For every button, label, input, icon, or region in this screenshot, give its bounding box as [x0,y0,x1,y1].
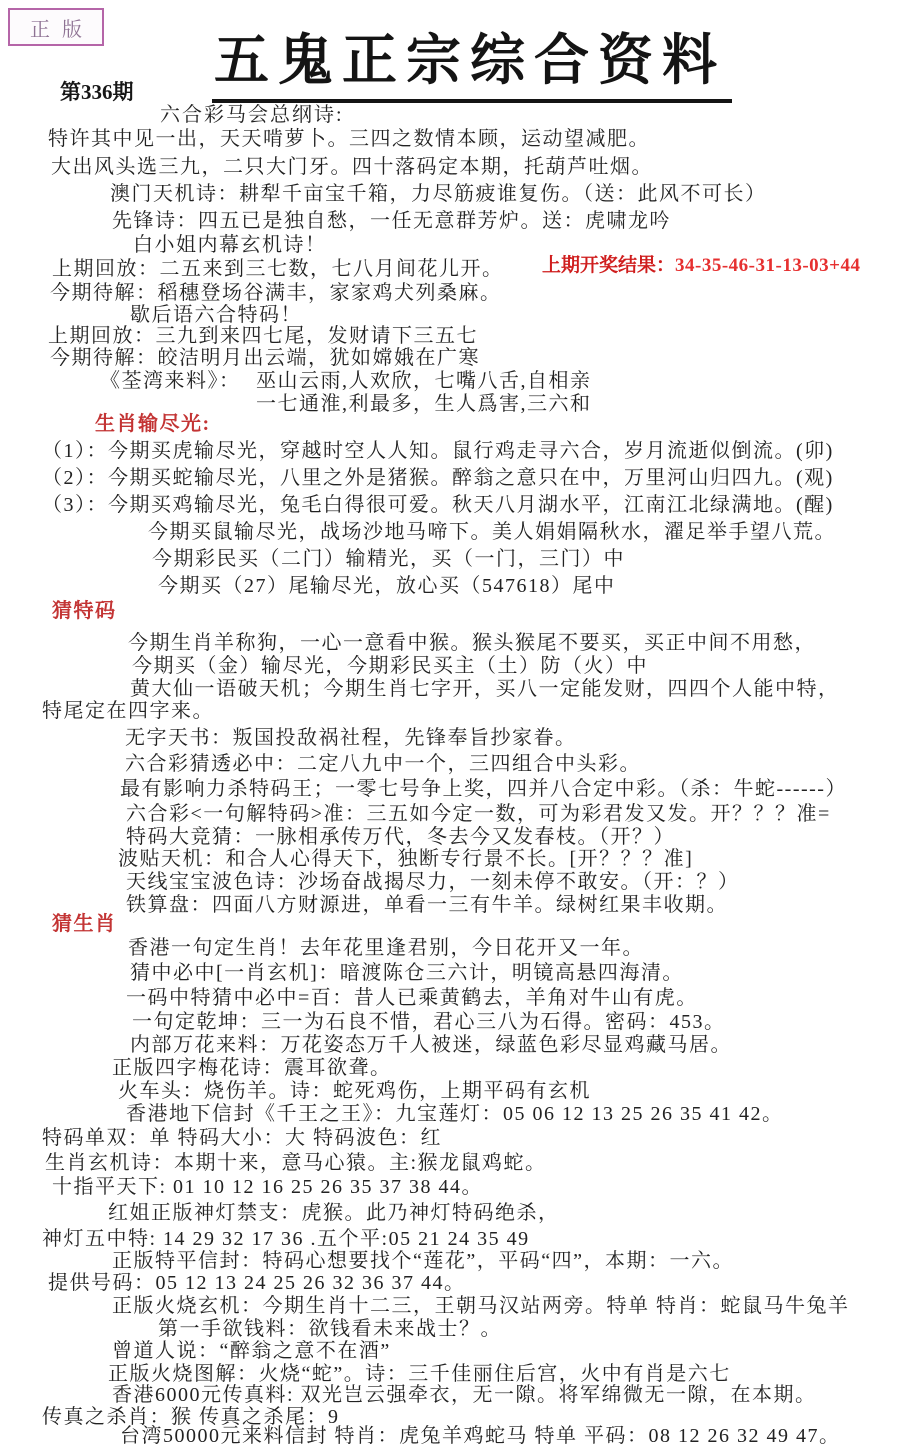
text-line: 十指平天下: 01 10 12 16 25 26 35 37 38 44。 [52,1176,483,1198]
last-draw-result: 上期开奖结果：34-35-46-31-13-03+44 [542,250,860,277]
text-line: 歇后语六合特码！ [130,304,302,326]
section-heading: 猜特码 [52,600,117,622]
page-title: 五鬼正宗综合资料 [212,16,732,103]
text-line: 正版四字梅花诗：震耳欲聋。 [112,1057,392,1079]
text-line: 澳门天机诗：耕犁千亩宝千箱，力尽筋疲谁复伤。（送：此风不可长） [110,183,767,205]
text-line: 上期回放：三九到来四七尾，发财请下三五七 [48,325,478,347]
text-line: 巫山云雨,人欢欣，七嘴八舌,自相亲 [256,370,592,392]
authentic-badge: 正版 [8,8,104,46]
text-line: 香港地下信封《千王之王》：九宝莲灯：05 06 12 13 25 26 35 4… [126,1103,784,1125]
text-line: 今期待解：稻穗登场谷满丰，家家鸡犬列桑麻。 [50,282,502,304]
authentic-badge-label: 正版 [18,13,94,42]
text-line: 白小姐内幕玄机诗！ [133,234,327,256]
section-heading: 猜生肖 [52,913,117,935]
text-line: 正版火烧图解：火烧“蛇”。诗：三千佳丽住后宫，火中有肖是六七 [108,1363,731,1385]
text-line: 正版特平信封：特码心想要找个“莲花”，平码“四”，本期：一六。 [112,1250,734,1272]
last-draw-result-numbers: 34-35-46-31-13-03+44 [675,255,860,276]
text-line: （2）：今期买蛇输尽光，八里之外是猪猴。醉翁之意只在中，万里河山归四九。(观) [42,467,834,489]
text-line: 一码中特猜中必中=百：昔人已乘黄鹤去，羊角对牛山有虎。 [126,987,698,1009]
text-line: 上期回放：二五来到三七数，七八月间花儿开。 [52,258,504,280]
text-line: 提供号码：05 12 13 24 25 26 32 36 37 44。 [48,1272,466,1294]
issue-number: 第336期 [60,76,134,106]
text-line: （1）：今期买虎输尽光，穿越时空人人知。鼠行鸡走寻六合，岁月流逝似倒流。(卯) [42,440,834,462]
text-line: 生肖玄机诗：本期十来，意马心猿。主:猴龙鼠鸡蛇。 [45,1152,547,1174]
text-line: 最有影响力杀特码王；一零七号争上奖，四并八合定中彩。（杀：牛蛇------） [120,778,847,800]
text-line: 六合彩马会总纲诗: [160,104,344,126]
text-line: 特尾定在四字来。 [42,700,214,722]
text-line: 今期生肖羊称狗，一心一意看中猴。猴头猴尾不要买，买正中间不用愁， [128,632,816,654]
text-line: 六合彩<一句解特码>准：三五如今定一数，可为彩君发又发。开？？？准= [126,803,831,825]
text-line: 第一手欲钱料：欲钱看未来战士？。 [158,1318,502,1340]
text-line: 红姐正版神灯禁支：虎猴。此乃神灯特码绝杀， [108,1202,560,1224]
text-line: 《荃湾来料》： [100,370,241,392]
text-line: （3）：今期买鸡输尽光，兔毛白得很可爱。秋天八月湖水平，江南江北绿满地。(醒) [42,494,834,516]
text-line: 香港6000元传真料: 双光岂云强牵衣，无一隙。将军绵微无一隙，在本期。 [112,1384,817,1406]
text-line: 先锋诗：四五已是独自愁，一任无意群芳炉。送：虎啸龙吟 [112,210,671,232]
last-draw-result-label: 上期开奖结果： [542,255,675,276]
lottery-info-sheet: 正版 五鬼正宗综合资料 第336期 上期开奖结果：34-35-46-31-13-… [0,0,900,1445]
text-line: 台湾50000元来料信封 特肖：虎兔羊鸡蛇马 特单 平码：08 12 26 32… [120,1425,841,1445]
text-line: 今期彩民买（二门）输精光，买（一门，三门）中 [152,548,625,570]
text-line: 今期待解：皎洁明月出云端，犹如嫦娥在广寒 [50,347,480,369]
text-line: 内部万花来料：万花姿态万千人被迷，绿蓝色彩尽显鸡藏马居。 [130,1034,732,1056]
text-line: 今期买鼠输尽光，战场沙地马啼下。美人娟娟隔秋水，濯足举手望八荒。 [148,521,836,543]
text-line: 火车头：烧伤羊。诗：蛇死鸡伤，上期平码有玄机 [118,1080,591,1102]
text-line: 今期买（金）输尽光，今期彩民买主（土）防（火）中 [132,655,648,677]
text-line: 六合彩猜透必中：二定八九中一个，三四组合中头彩。 [125,753,641,775]
text-line: 波贴天机：和合人心得天下，独断专行景不长。[开？？？准] [118,848,693,870]
text-line: 特码大竞猜：一脉相承传万代，冬去今又发春枝。（开？） [126,826,675,848]
text-line: 天线宝宝波色诗：沙场奋战揭尽力，一刻未停不敢安。（开：？） [126,871,740,893]
text-line: 正版火烧玄机：今期生肖十二三，王朝马汉站两旁。特单 特肖：蛇鼠马牛兔羊 [112,1295,850,1317]
text-line: 铁算盘：四面八方财源进，单看一三有牛羊。绿树红果丰收期。 [126,894,728,916]
text-line: 曾道人说：“醉翁之意不在酒” [112,1340,391,1362]
text-line: 大出风头选三九，二只大门牙。四十落码定本期，托葫芦吐烟。 [51,156,653,178]
section-heading: 生肖输尽光: [95,413,211,435]
text-line: 一句定乾坤：三一为石良不惜，君心三八为石得。密码：453。 [132,1011,726,1033]
text-line: 神灯五中特: 14 29 32 17 36 .五个平:05 21 24 35 4… [42,1228,530,1250]
text-line: 香港一句定生肖！去年花里逢君别，今日花开又一年。 [128,937,644,959]
text-line: 今期买（27）尾输尽光，放心买（547618）尾中 [158,575,616,597]
text-line: 猜中必中[一肖玄机]：暗渡陈仓三六计，明镜高悬四海清。 [130,962,684,984]
text-line: 一七通淮,利最多，生人爲害,三六和 [256,393,592,415]
text-line: 特码单双：单 特码大小：大 特码波色：红 [42,1127,442,1149]
text-line: 黄大仙一语破天机；今期生肖七字开，买八一定能发财，四四个人能中特， [130,678,840,700]
text-line: 无字天书：叛国投敌祸社程，先锋奉旨抄家眷。 [125,727,577,749]
text-line: 特许其中见一出，天天啃萝卜。三四之数情本顾，运动望减肥。 [48,128,650,150]
